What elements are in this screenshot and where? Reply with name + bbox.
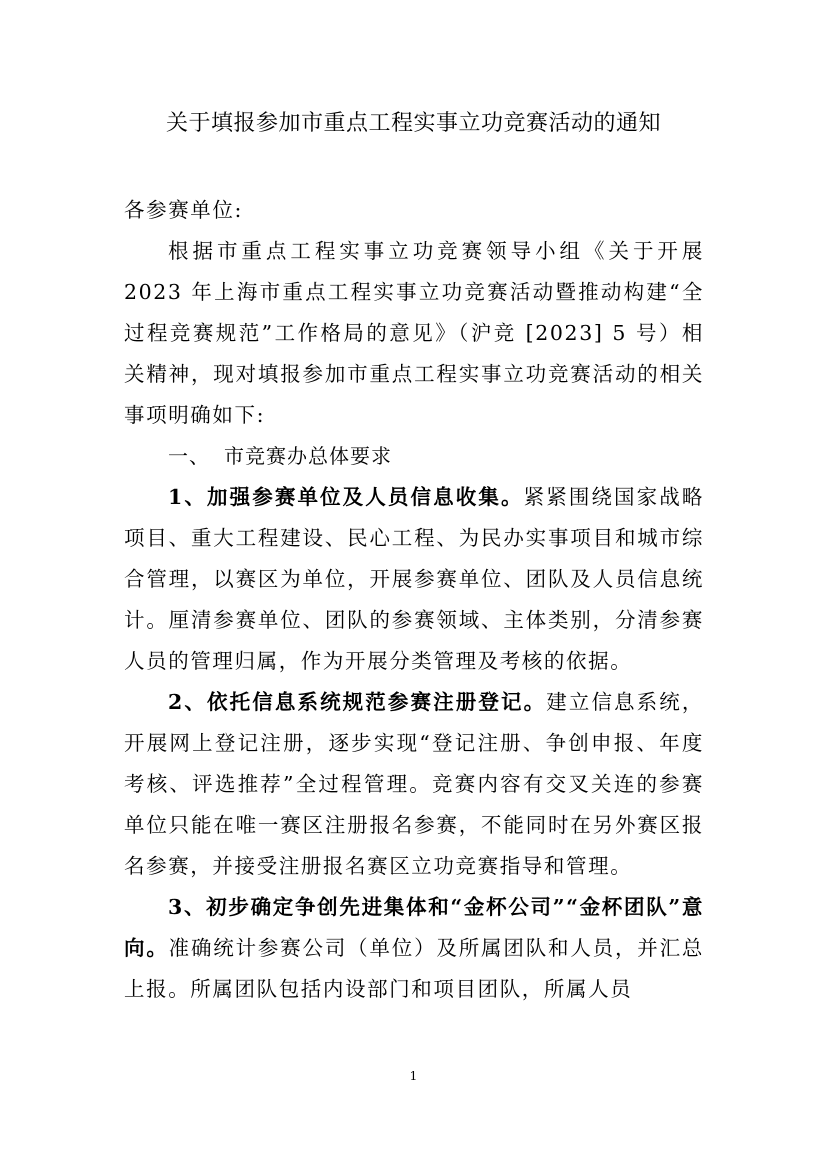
- item-text: 建立信息系统，开展网上登记注册，逐步实现“登记注册、争创申报、年度考核、评选推荐…: [124, 690, 704, 878]
- item-lead: 2、依托信息系统规范参赛注册登记。: [168, 690, 546, 714]
- item-lead: 1、加强参赛单位及人员信息收集。: [168, 485, 524, 509]
- section-heading-text: 市竞赛办总体要求: [224, 444, 392, 468]
- section-number: 一、: [168, 444, 210, 468]
- section-item-2: 2、依托信息系统规范参赛注册登记。建立信息系统，开展网上登记注册，逐步实现“登记…: [124, 682, 704, 887]
- page-number: 1: [0, 1068, 827, 1084]
- section-heading: 一、市竞赛办总体要求: [124, 436, 704, 477]
- item-text: 准确统计参赛公司（单位）及所属团队和人员，并汇总上报。所属团队包括内设部门和项目…: [124, 936, 704, 1001]
- section-item-3: 3、初步确定争创先进集体和“金杯公司”“金杯团队”意向。准确统计参赛公司（单位）…: [124, 887, 704, 1010]
- document-body: 各参赛单位: 根据市重点工程实事立功竞赛领导小组《关于开展 2023 年上海市重…: [124, 190, 704, 1010]
- item-text: 紧紧围绕国家战略项目、重大工程建设、民心工程、为民办实事项目和城市综合管理，以赛…: [124, 485, 704, 673]
- document-title: 关于填报参加市重点工程实事立功竞赛活动的通知: [0, 108, 827, 140]
- section-item-1: 1、加强参赛单位及人员信息收集。紧紧围绕国家战略项目、重大工程建设、民心工程、为…: [124, 477, 704, 682]
- intro-paragraph: 根据市重点工程实事立功竞赛领导小组《关于开展 2023 年上海市重点工程实事立功…: [124, 231, 704, 436]
- document-page: 关于填报参加市重点工程实事立功竞赛活动的通知 各参赛单位: 根据市重点工程实事立…: [0, 0, 827, 1170]
- salutation: 各参赛单位:: [124, 190, 704, 231]
